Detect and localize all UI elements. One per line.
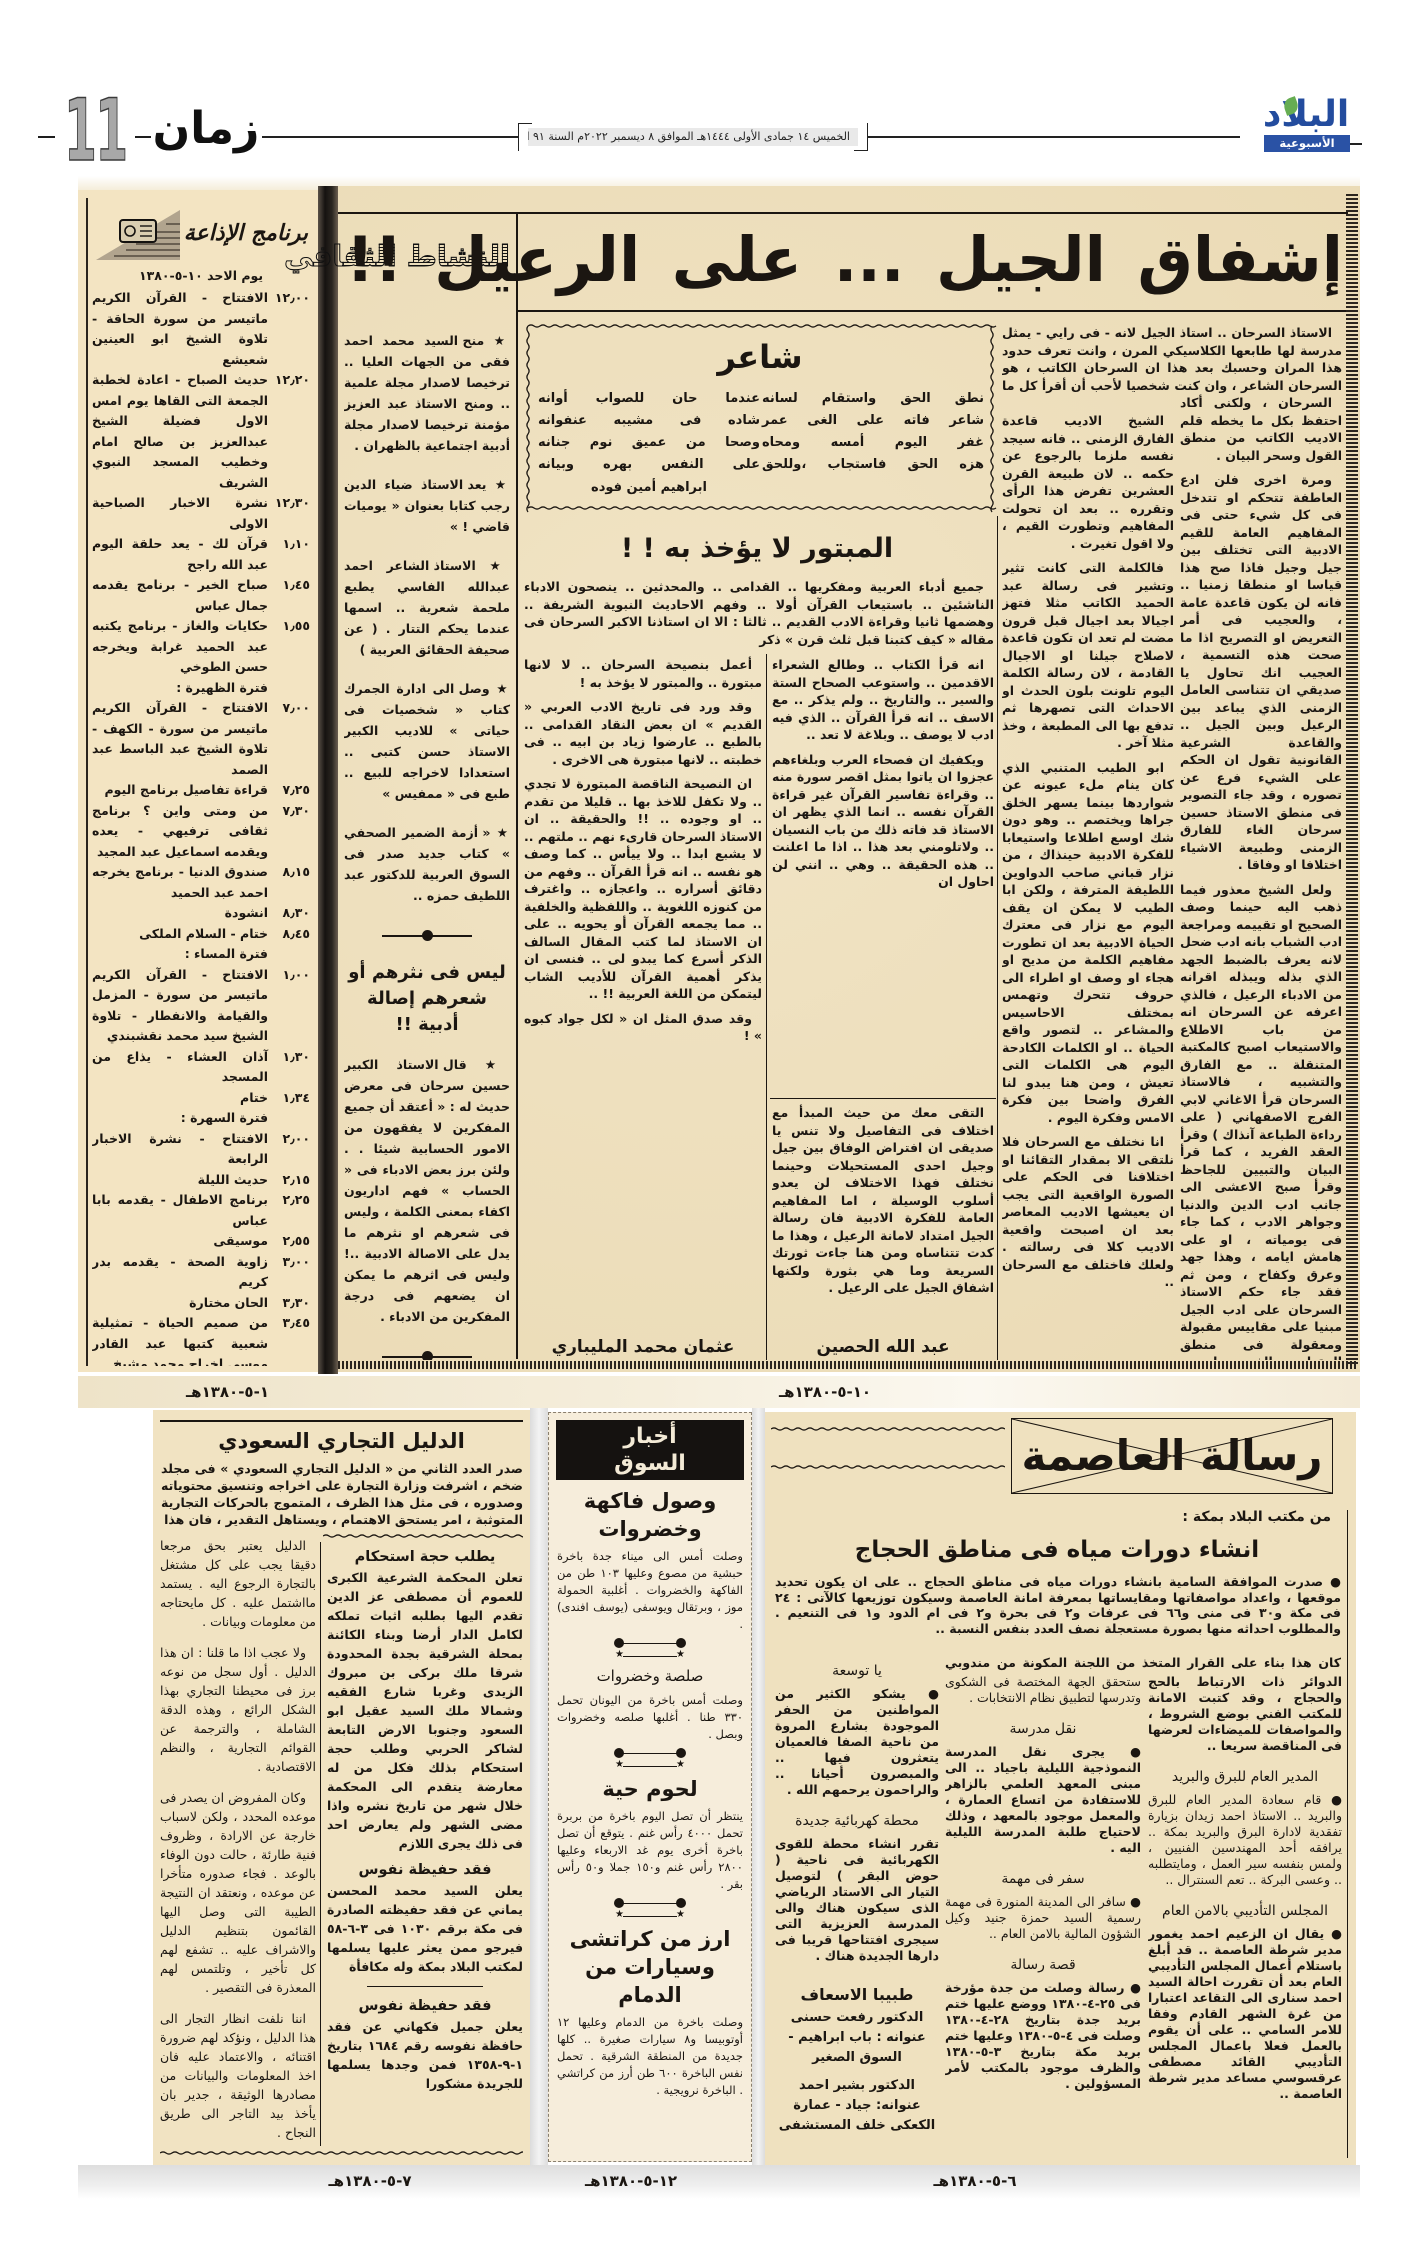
notice-separator (367, 1986, 483, 1987)
news-item-heading: محطة كهربائية جديدة (775, 1810, 939, 1832)
legal-notices-column: يطلب حجة استحكام تعلن المحكمة الشرعية ال… (327, 1546, 523, 2146)
schedule-entry: ٢٫١٥ حديث الليلة (92, 1170, 310, 1191)
newspaper-page: 11 زمان الخميس ١٤ جمادى الأولى ١٤٤٤هـ ال… (0, 0, 1420, 2252)
schedule-period-block: فترة الظهيرة : ٧٫٠٠ الافتتاح - القرآن ال… (92, 678, 310, 945)
scan-ruler-edge (1346, 194, 1358, 1364)
article-intro: الاستاذ السرحان .. استاذ الجيل لانه - فى… (1002, 324, 1342, 396)
dateline: من مكتب البلاد بمكة : (1065, 1506, 1331, 1528)
scan-shadow (752, 1408, 765, 2168)
entry-time: ٣٫٣٠ (268, 1293, 310, 1314)
schedule-entry: ١٫٣٤ ختام (92, 1088, 310, 1109)
article-headline: انشاء دورات مياه فى مناطق الحجاج (771, 1532, 1343, 1568)
logo-line: أخبار (556, 1423, 744, 1450)
news-item-heading: نقل مدرسة (945, 1718, 1141, 1740)
paragraph: الاستاذ السرحان .. استاذ الجيل لانه - فى… (1002, 324, 1342, 396)
column-rule (320, 1542, 321, 2146)
entry-title: انشودة (92, 903, 268, 924)
news-item-heading: يا توسعة (775, 1660, 939, 1682)
entry-time: ٨٫١٥ (268, 862, 310, 903)
cultural-news-item: ★ الاستاذ الشاعر احمد عبدالله الفاسي يطب… (344, 555, 510, 660)
story-headline: صلصة وخضروات (557, 1665, 743, 1687)
schedule-entry: ٣٫٠٠ زاوية الصحة - يقدمه بدر كريم (92, 1252, 310, 1293)
paragraph: التقى معك من حيث المبدأ مع اختلاف فى الت… (772, 1104, 994, 1297)
column-text: التقى معك من حيث المبدأ مع اختلاف فى الت… (772, 1104, 994, 1332)
poem-verses-right: نطق الحق واستقام لسانهشاعر فاته على الغى… (762, 388, 984, 476)
ornament-divider (344, 1345, 510, 1360)
column-rule (766, 654, 767, 1360)
news-item-text: « أزمة الضمير الصحفي » كتاب جديد صدر فى … (344, 825, 510, 903)
author-signature: عبد الله الحصين (772, 1334, 994, 1360)
dot-icon (614, 1748, 624, 1758)
entry-time: ٣٫٤٥ (268, 1313, 310, 1366)
article-column: التقى معك من حيث المبدأ مع اختلاف فى الت… (772, 1104, 994, 1360)
column-rule (997, 516, 998, 1360)
period-entries: ١٢٫٠٠ الافتتاح - القرآن الكريم ماتيسر من… (92, 288, 310, 678)
entry-title: نشرة الاخبار الصباحية الاولى (92, 493, 268, 534)
author-signature: عثمان محمد المليباري (524, 1334, 762, 1360)
wavy-rule (160, 2148, 523, 2158)
news-item-body: تقرر انشاء محطة للقوى الكهربائية فى ناحي… (775, 1836, 939, 1964)
period-entries: ١٫٠٠ الافتتاح - القرآن الكريم ماتيسر من … (92, 965, 310, 1109)
entry-time: ١٫٠٠ (268, 965, 310, 1047)
news-item-heading: سفر فى مهمة (945, 1868, 1141, 1890)
poem-verse: شاده فى مشيبه عنفوانه (538, 410, 760, 432)
story-body: وصلت أمس الى ميناء جدة باخرة حبشية من مص… (557, 1548, 743, 1633)
header-dash (38, 136, 55, 138)
header-rule (262, 136, 518, 138)
star-icon: ★ (615, 1909, 624, 1921)
news-item-heading: المجلس التأديبي بالامن العام (1148, 1900, 1342, 1922)
article-lead: ● صدرت الموافقة السامية بانشاء دورات ميا… (775, 1574, 1341, 1654)
poem-verses-left: عندما حان للصواب أوانهشاده فى مشيبه عنفو… (538, 388, 760, 476)
cultural-items: ★ منح السيد محمد احمد فقى من الجهات العل… (344, 330, 510, 906)
star-icon: ★ (676, 1759, 685, 1771)
star-icon: ★ (615, 1649, 624, 1661)
issue-date-box: الخميس ١٤ جمادى الأولى ١٤٤٤هـ الموافق ٨ … (518, 123, 868, 151)
entry-title: حديث الصباح - اعادة لخطبة الجمعة التى ال… (92, 370, 268, 493)
star-bullet-icon: ★ (489, 558, 510, 573)
entry-time: ١٫٣٤ (268, 1088, 310, 1109)
news-item-text: قال الاستاذ الكبير حسين سرحان فى معرض حد… (344, 1057, 510, 1324)
paragraph: جميع أدباء العربية ومفكريها .. القدامى .… (524, 578, 994, 648)
paragraph: اننا نلفت انظار التجار الى هذا الدليل ، … (160, 2009, 316, 2142)
notice-heading: فقد حفيظة نفوس (327, 1859, 523, 1881)
scan-date-strip (78, 2165, 1360, 2199)
schedule-entry: ٧٫٠٠ الافتتاح - القرآن الكريم ماتيسر من … (92, 698, 310, 780)
news-item-body: ● يقال ان الزعيم احمد يغمور مدير شرطة ال… (1148, 1926, 1342, 2102)
period-label: فترة المساء : (92, 944, 310, 965)
dot-icon (422, 930, 433, 941)
schedule-entry: ١٫٤٥ صباح الخير - برنامج يقدمه جمال عباس (92, 575, 310, 616)
notice-body: يعلن جميل فكهاني عن فقد حافظة نفوسه رقم … (327, 2017, 523, 2093)
news-item-body: ● يشكو الكثير من المواطنين من الحفر المو… (775, 1686, 939, 1798)
news-item-text: يعد الاستاذ ضياء الدين رجب كتابا بعنوان … (344, 477, 510, 534)
news-column-middle: ستحقق الجهة المختصة فى الشكوى وتدرسها لت… (945, 1674, 1141, 2158)
paragraph: وقد صدق المثل ان « لكل جواد كبوه » ! (524, 1010, 762, 1045)
news-item-text: منح السيد محمد احمد فقى من الجهات العليا… (344, 333, 510, 453)
entry-time: ١٫٤٥ (268, 575, 310, 616)
story-headline: لحوم حية (557, 1775, 743, 1803)
entry-time: ١٫٥٥ (268, 616, 310, 678)
column-text: أعمل بنصيحة السرحان .. لا لانها مبتورة .… (524, 656, 762, 1332)
entry-title: آذان العشاء - يذاع من المسجد (92, 1047, 268, 1088)
clipping-date: ٧-٥-١٣٨٠هـ (300, 2171, 440, 2191)
poem-verse: وصحا من عميق نوم جنانه (538, 432, 760, 454)
period-entries: ٢٫٠٠ الافتتاح - نشرة الاخبار الرابعة ٢٫١… (92, 1129, 310, 1367)
article-headline: المبتور لا يؤخذ به ! ! (518, 528, 996, 570)
dot-icon (614, 1898, 624, 1908)
notice-heading: فقد حفيظة نفوس (327, 1995, 523, 2017)
schedule-entry: ٧٫٢٥ قراءة تفاصيل برنامج اليوم (92, 780, 310, 801)
ornament-divider: ★★ (557, 1635, 743, 1665)
cultural-news-item: ★ وصل الى ادارة الجمرك كتاب « شخصيات فى … (344, 678, 510, 804)
poem-verse: نطق الحق واستقام لسانه (762, 388, 984, 410)
commercial-guide-clipping: الدليل التجاري السعودي صدر العدد الثاني … (153, 1410, 530, 2165)
schedule-entry: ٨٫٣٠ انشودة (92, 903, 310, 924)
radio-schedule: ١٢٫٠٠ الافتتاح - القرآن الكريم ماتيسر من… (92, 288, 310, 1366)
poem-title: شاعر (524, 338, 996, 376)
star-bullet-icon: ★ (496, 681, 510, 696)
poem-verse: على النفس بهره وبيانه (538, 454, 760, 476)
entry-title: من صميم الحياة - تمثيلية شعبية كتبها عبد… (92, 1313, 268, 1366)
story-headline: وصول فاكهة وخضروات (557, 1487, 743, 1543)
schedule-entry: ٨٫١٥ صندوق الدنيا - برنامج يخرجه احمد عب… (92, 862, 310, 903)
logo-line: السوق (556, 1450, 744, 1477)
news-item-heading: قصة رسالة (945, 1954, 1141, 1976)
story-body: وصلت باخرة من الدمام وعليها ١٢ أوتوبيسا … (557, 2014, 743, 2099)
poem-box: شاعر نطق الحق واستقام لسانهشاعر فاته على… (524, 322, 996, 512)
capital-letter-clipping: رسالة العاصمة من مكتب البلاد بمكة : انشا… (765, 1412, 1356, 2165)
paragraph: ويكفيك ان فصحاء العرب وبلغاءهم عجزوا ان … (772, 751, 994, 891)
cultural-subheadline: ليس فى نثرهم أو شعرهم إصالة أدبية !! (344, 960, 510, 1038)
entry-time: ٢٫٠٠ (268, 1129, 310, 1170)
entry-time: ٢٫٥٥ (268, 1231, 310, 1252)
news-item-body: ● سافر الى المدينة المنورة فى مهمة رسمية… (945, 1894, 1141, 1942)
entry-title: صندوق الدنيا - برنامج يخرجه احمد عبد الح… (92, 862, 268, 903)
paragraph: انا نختلف مع السرحان فلا نلتقى الا بمقدا… (1002, 1133, 1174, 1291)
news-item-text: الاستاذ الشاعر احمد عبدالله الفاسي يطبع … (344, 558, 510, 657)
doctor-address: عنوانه : باب ابراهيم - السوق الصغير (775, 2028, 939, 2068)
doctor-name: الدكتور بشير احمد (775, 2076, 939, 2096)
scan-shadow-edge (318, 186, 338, 1374)
star-bullet-icon: ★ (495, 477, 510, 492)
article-lead-continued: كان هذا بناء على القرار المتخذ من اللجنة… (945, 1655, 1341, 1672)
story-headline: ارز من كراتشى وسيارات من الدمام (557, 1925, 743, 2009)
star-icon: ★ (676, 1909, 685, 1921)
header-rule (868, 136, 1240, 138)
clipping-date: ١٢-٥-١٣٨٠هـ (572, 2171, 690, 2191)
notice-heading: يطلب حجة استحكام (327, 1546, 523, 1568)
news-item-body: ● يجرى نقل المدرسة النموذجية الليلية باج… (945, 1744, 1141, 1856)
doctors-heading: طبيبا الاسعاف (775, 1982, 939, 2008)
notice-body: يعلن السيد محمد المحسن يماني عن فقد حفيظ… (327, 1881, 523, 1976)
star-icon: ★ (615, 1759, 624, 1771)
entry-title: زاوية الصحة - يقدمه بدر كريم (92, 1252, 268, 1293)
paragraph: السرحان ، ولكنى أكاد احتفظ بكل ما يخطه ق… (1180, 394, 1342, 464)
top-rule (160, 1420, 523, 1422)
entry-title: حديث الليلة (92, 1170, 268, 1191)
doctor-name: الدكتور رفعت حسنى (775, 2008, 939, 2028)
paragraph: الدوائر ذات الارتباط بالحج والحجاج ، وقد… (1148, 1674, 1342, 1754)
dot-icon (614, 1638, 624, 1648)
article-column: السرحان ، ولكنى أكاد احتفظ بكل ما يخطه ق… (1180, 394, 1342, 1360)
entry-time: ١٢٫٢٠ (268, 370, 310, 493)
paragraph: ومرة اخرى فلن ادع العاطفة تتحكم او تتدخل… (1180, 471, 1342, 874)
story-body: ينتظر أن تصل اليوم باخرة من بربرة تحمل ٤… (557, 1808, 743, 1893)
schedule-entry: ٣٫٣٠ الحان مختارة (92, 1293, 310, 1314)
column-rule (1347, 1510, 1348, 2158)
cultural-news-item: ★ منح السيد محمد احمد فقى من الجهات العل… (344, 330, 510, 456)
article-intro: صدر العدد الثاني من « الدليل التجاري الس… (161, 1460, 523, 1530)
entry-title: الافتتاح - القرآن الكريم ماتيسر من سورة … (92, 698, 268, 780)
poem-verse: هزه الحق فاستجاب ،وللحق (762, 454, 984, 476)
entry-time: ٧٫٣٠ (268, 801, 310, 863)
cultural-page-clipping: النشاط الثقافي إشفاق الجيل ... على الرعي… (338, 186, 1360, 1372)
paragraph: الشيخ الاديب قاعدة الفارق الزمنى .. فانه… (1002, 412, 1174, 552)
entry-title: الافتتاح - القرآن الكريم ماتيسر من سورة … (92, 965, 268, 1047)
dot-icon (676, 1638, 686, 1648)
schedule-entry: ١٫٣٠ آذان العشاء - يذاع من المسجد (92, 1047, 310, 1088)
newspaper-logo: البلاد (1256, 94, 1356, 136)
cultural-news-item: ★ قال الاستاذ الكبير حسين سرحان فى معرض … (344, 1054, 510, 1327)
dot-icon (676, 1748, 686, 1758)
clipping-date: ٦-٥-١٣٨٠هـ (915, 2171, 1035, 2191)
dot-icon (422, 1351, 433, 1360)
paragraph: وكان المفروض ان يصدر فى موعده المحدد ، و… (160, 1788, 316, 1997)
news-item-body: ● قام سعادة المدير العام للبرق والبريد .… (1148, 1792, 1342, 1888)
header-rule (1350, 143, 1362, 145)
schedule-entry: ١٢٫٢٠ حديث الصباح - اعادة لخطبة الجمعة ا… (92, 370, 310, 493)
article-headline: الدليل التجاري السعودي (153, 1424, 530, 1458)
entry-time: ٢٫١٥ (268, 1170, 310, 1191)
entry-time: ١٫٣٠ (268, 1047, 310, 1088)
poem-author: ابراهيم أمين فوده (538, 478, 760, 498)
entry-title: صباح الخير - برنامج يقدمه جمال عباس (92, 575, 268, 616)
cultural-news-column: ★ منح السيد محمد احمد فقى من الجهات العل… (344, 330, 510, 1360)
issue-date-line: الخميس ١٤ جمادى الأولى ١٤٤٤هـ الموافق ٨ … (528, 128, 858, 146)
cultural-news-item: ★ « أزمة الضمير الصحفي » كتاب جديد صدر ف… (344, 822, 510, 906)
entry-time: ٧٫٠٠ (268, 698, 310, 780)
article-column: أعمل بنصيحة السرحان .. لا لانها مبتورة .… (524, 656, 762, 1360)
header-dash (135, 136, 151, 138)
entry-time: ٣٫٠٠ (268, 1252, 310, 1293)
schedule-entry: ١٫١٠ قرآن لك - يعد حلقة اليوم عبد الله ر… (92, 534, 310, 575)
entry-title: الافتتاح - نشرة الاخبار الرابعة (92, 1129, 268, 1170)
notice-body: تعلن المحكمة الشرعية الكبرى للعموم أن مص… (327, 1568, 523, 1853)
paragraph: وقد ورد فى تاريخ الادب العربي « القديم »… (524, 698, 762, 768)
period-entries: ٧٫٠٠ الافتتاح - القرآن الكريم ماتيسر من … (92, 698, 310, 944)
schedule-entry: ١٫٠٠ الافتتاح - القرآن الكريم ماتيسر من … (92, 965, 310, 1047)
entry-title: الافتتاح - القرآن الكريم ماتيسر من سورة … (92, 288, 268, 370)
column-rule (516, 213, 518, 1359)
article-column: الدليل يعتبر بحق مرجعا دقيقا يجب على كل … (160, 1536, 316, 2146)
schedule-period-block: ١٢٫٠٠ الافتتاح - القرآن الكريم ماتيسر من… (92, 288, 310, 678)
poem-verse: غفر اليوم أمسه ومحاه (762, 432, 984, 454)
news-column-left: يا توسعة ● يشكو الكثير من المواطنين من ا… (775, 1660, 939, 2158)
entry-title: قرآن لك - يعد حلقة اليوم عبد الله راجح (92, 534, 268, 575)
news-column-right: الدوائر ذات الارتباط بالحج والحجاج ، وقد… (1148, 1674, 1342, 2158)
page-number: 11 (64, 90, 127, 172)
paragraph: فالكلمة التى كانت تثير وتشير فى رسالة عب… (1002, 559, 1174, 752)
article-column: انه قرأ الكتاب .. وطالع الشعراء الاقدمين… (772, 656, 994, 1094)
schedule-entry: ٢٫٥٥ موسيقى (92, 1231, 310, 1252)
market-stories: وصول فاكهة وخضروات وصلت أمس الى ميناء جد… (557, 1487, 743, 2155)
schedule-entry: ١٢٫٠٠ الافتتاح - القرآن الكريم ماتيسر من… (92, 288, 310, 370)
star-bullet-icon: ★ (497, 825, 510, 840)
paragraph: ابو الطيب المتنبي الذي كان ينام ملء عيون… (1002, 759, 1174, 1127)
scan-shadow (530, 1408, 548, 2168)
dot-icon (676, 1898, 686, 1908)
news-item-body: ● رسالة وصلت من جدة مؤرخة فى ٢٥-٤-١٣٨٠ و… (945, 1980, 1141, 2092)
paragraph: ان النصيحة الناقصة المبتورة لا تجدي .. و… (524, 775, 762, 1003)
poem-verse: عندما حان للصواب أوانه (538, 388, 760, 410)
schedule-period-block: فترة السهرة : ٢٫٠٠ الافتتاح - نشرة الاخب… (92, 1108, 310, 1366)
period-label: فترة الظهيرة : (92, 678, 310, 699)
capital-letter-logo: رسالة العاصمة (1011, 1418, 1333, 1494)
entry-title: من ومتى واين ؟ برنامج ثقافى ترفيهي - يعد… (92, 801, 268, 863)
entry-time: ١٢٫٠٠ (268, 288, 310, 370)
ornament-divider (344, 924, 510, 948)
cultural-news-item: ★ يعد الاستاذ ضياء الدين رجب كتابا بعنوا… (344, 474, 510, 537)
article-intro: جميع أدباء العربية ومفكريها .. القدامى .… (524, 578, 994, 650)
paragraph: الدليل يعتبر بحق مرجعا دقيقا يجب على كل … (160, 1536, 316, 1631)
schedule-entry: ٨٫٤٥ ختام - السلام الملكى (92, 924, 310, 945)
schedule-entry: ٢٫٢٥ برنامج الاطفال - يقدمه بابا عباس (92, 1190, 310, 1231)
entry-title: ختام - السلام الملكى (92, 924, 268, 945)
logo-text: رسالة العاصمة (1012, 1419, 1332, 1493)
schedule-entry: ٧٫٣٠ من ومتى واين ؟ برنامج ثقافى ترفيهي … (92, 801, 310, 863)
column-rule (86, 198, 88, 1366)
paragraph: انه قرأ الكتاب .. وطالع الشعراء الاقدمين… (772, 656, 994, 744)
entry-time: ٢٫٢٥ (268, 1190, 310, 1231)
wavy-rule (771, 1424, 1005, 1434)
ornament-divider: ★★ (557, 1745, 743, 1775)
star-icon: ★ (676, 1649, 685, 1661)
clipping-date: ١-٥-١٣٨٠هـ (165, 1382, 290, 1402)
section-title: زمان (150, 104, 262, 154)
entry-title: موسيقى (92, 1231, 268, 1252)
entry-title: حكايات والغاز - برنامج يكتبه عبد الحميد … (92, 616, 268, 678)
paragraph: أعمل بنصيحة السرحان .. لا لانها مبتورة .… (524, 656, 762, 691)
entry-time: ٨٫٤٥ (268, 924, 310, 945)
star-bullet-icon: ★ (485, 1057, 510, 1072)
radio-program-clipping: برنامج الإذاعة يوم الاحد ١٠-٥-١٣٨٠ ١٢٫٠٠… (78, 190, 318, 1372)
period-label: فترة السهرة : (92, 1108, 310, 1129)
entry-time: ٨٫٣٠ (268, 903, 310, 924)
schedule-entry: ٢٫٠٠ الافتتاح - نشرة الاخبار الرابعة (92, 1129, 310, 1170)
schedule-entry: ٣٫٤٥ من صميم الحياة - تمثيلية شعبية كتبه… (92, 1313, 310, 1366)
wavy-rule (323, 1531, 523, 1541)
entry-title: قراءة تفاصيل برنامج اليوم (92, 780, 268, 801)
poem-verse: شاعر فاته على الغى عمر (762, 410, 984, 432)
paragraph: ستحقق الجهة المختصة فى الشكوى وتدرسها لت… (945, 1674, 1141, 1706)
headline-rule (516, 310, 1346, 312)
paragraph: ولا عجب اذا ما قلنا : ان هذا الدليل . أو… (160, 1643, 316, 1776)
entry-title: ختام (92, 1088, 268, 1109)
column-rule (770, 1098, 996, 1099)
clipping-date: ١٠-٥-١٣٨٠هـ (766, 1382, 884, 1402)
schedule-entry: ١٫٥٥ حكايات والغاز - برنامج يكتبه عبد ال… (92, 616, 310, 678)
market-news-clipping: أخبار السوق وصول فاكهة وخضروات وصلت أمس … (548, 1412, 752, 2162)
entry-time: ١٫١٠ (268, 534, 310, 575)
scan-ruler-edge (338, 1361, 1358, 1369)
main-headline: إشفاق الجيل ... على الرعيل !! (528, 214, 1343, 306)
entry-title: برنامج الاطفال - يقدمه بابا عباس (92, 1190, 268, 1231)
article-column: الشيخ الاديب قاعدة الفارق الزمنى .. فانه… (1002, 412, 1174, 1360)
story-body: وصلت أمس باخرة من اليونان تحمل ٣٣٠ طنا .… (557, 1692, 743, 1743)
doctor-address: عنوانه: جياد - عمارة الكعكى خلف المستشفى (775, 2096, 939, 2136)
entry-title: الحان مختارة (92, 1293, 268, 1314)
radio-day-line: يوم الاحد ١٠-٥-١٣٨٠ (92, 266, 310, 286)
market-news-logo: أخبار السوق (556, 1420, 744, 1480)
wavy-rule (771, 1462, 1005, 1472)
ornament-divider: ★★ (557, 1895, 743, 1925)
news-item-text: وصل الى ادارة الجمرك كتاب « شخصيات فى حي… (344, 681, 510, 801)
schedule-period-block: فترة المساء : ١٫٠٠ الافتتاح - القرآن الك… (92, 944, 310, 1108)
entry-time: ١٢٫٣٠ (268, 493, 310, 534)
star-bullet-icon: ★ (494, 333, 510, 348)
schedule-entry: ١٢٫٣٠ نشرة الاخبار الصباحية الاولى (92, 493, 310, 534)
paragraph: ولعل الشيخ معذور فيما ذهب اليه حينما وصف… (1180, 881, 1342, 1361)
entry-time: ٧٫٢٥ (268, 780, 310, 801)
logo-edition-badge: الأسبوعية (1264, 135, 1350, 152)
news-item-heading: المدير العام للبرق والبريد (1148, 1766, 1342, 1788)
